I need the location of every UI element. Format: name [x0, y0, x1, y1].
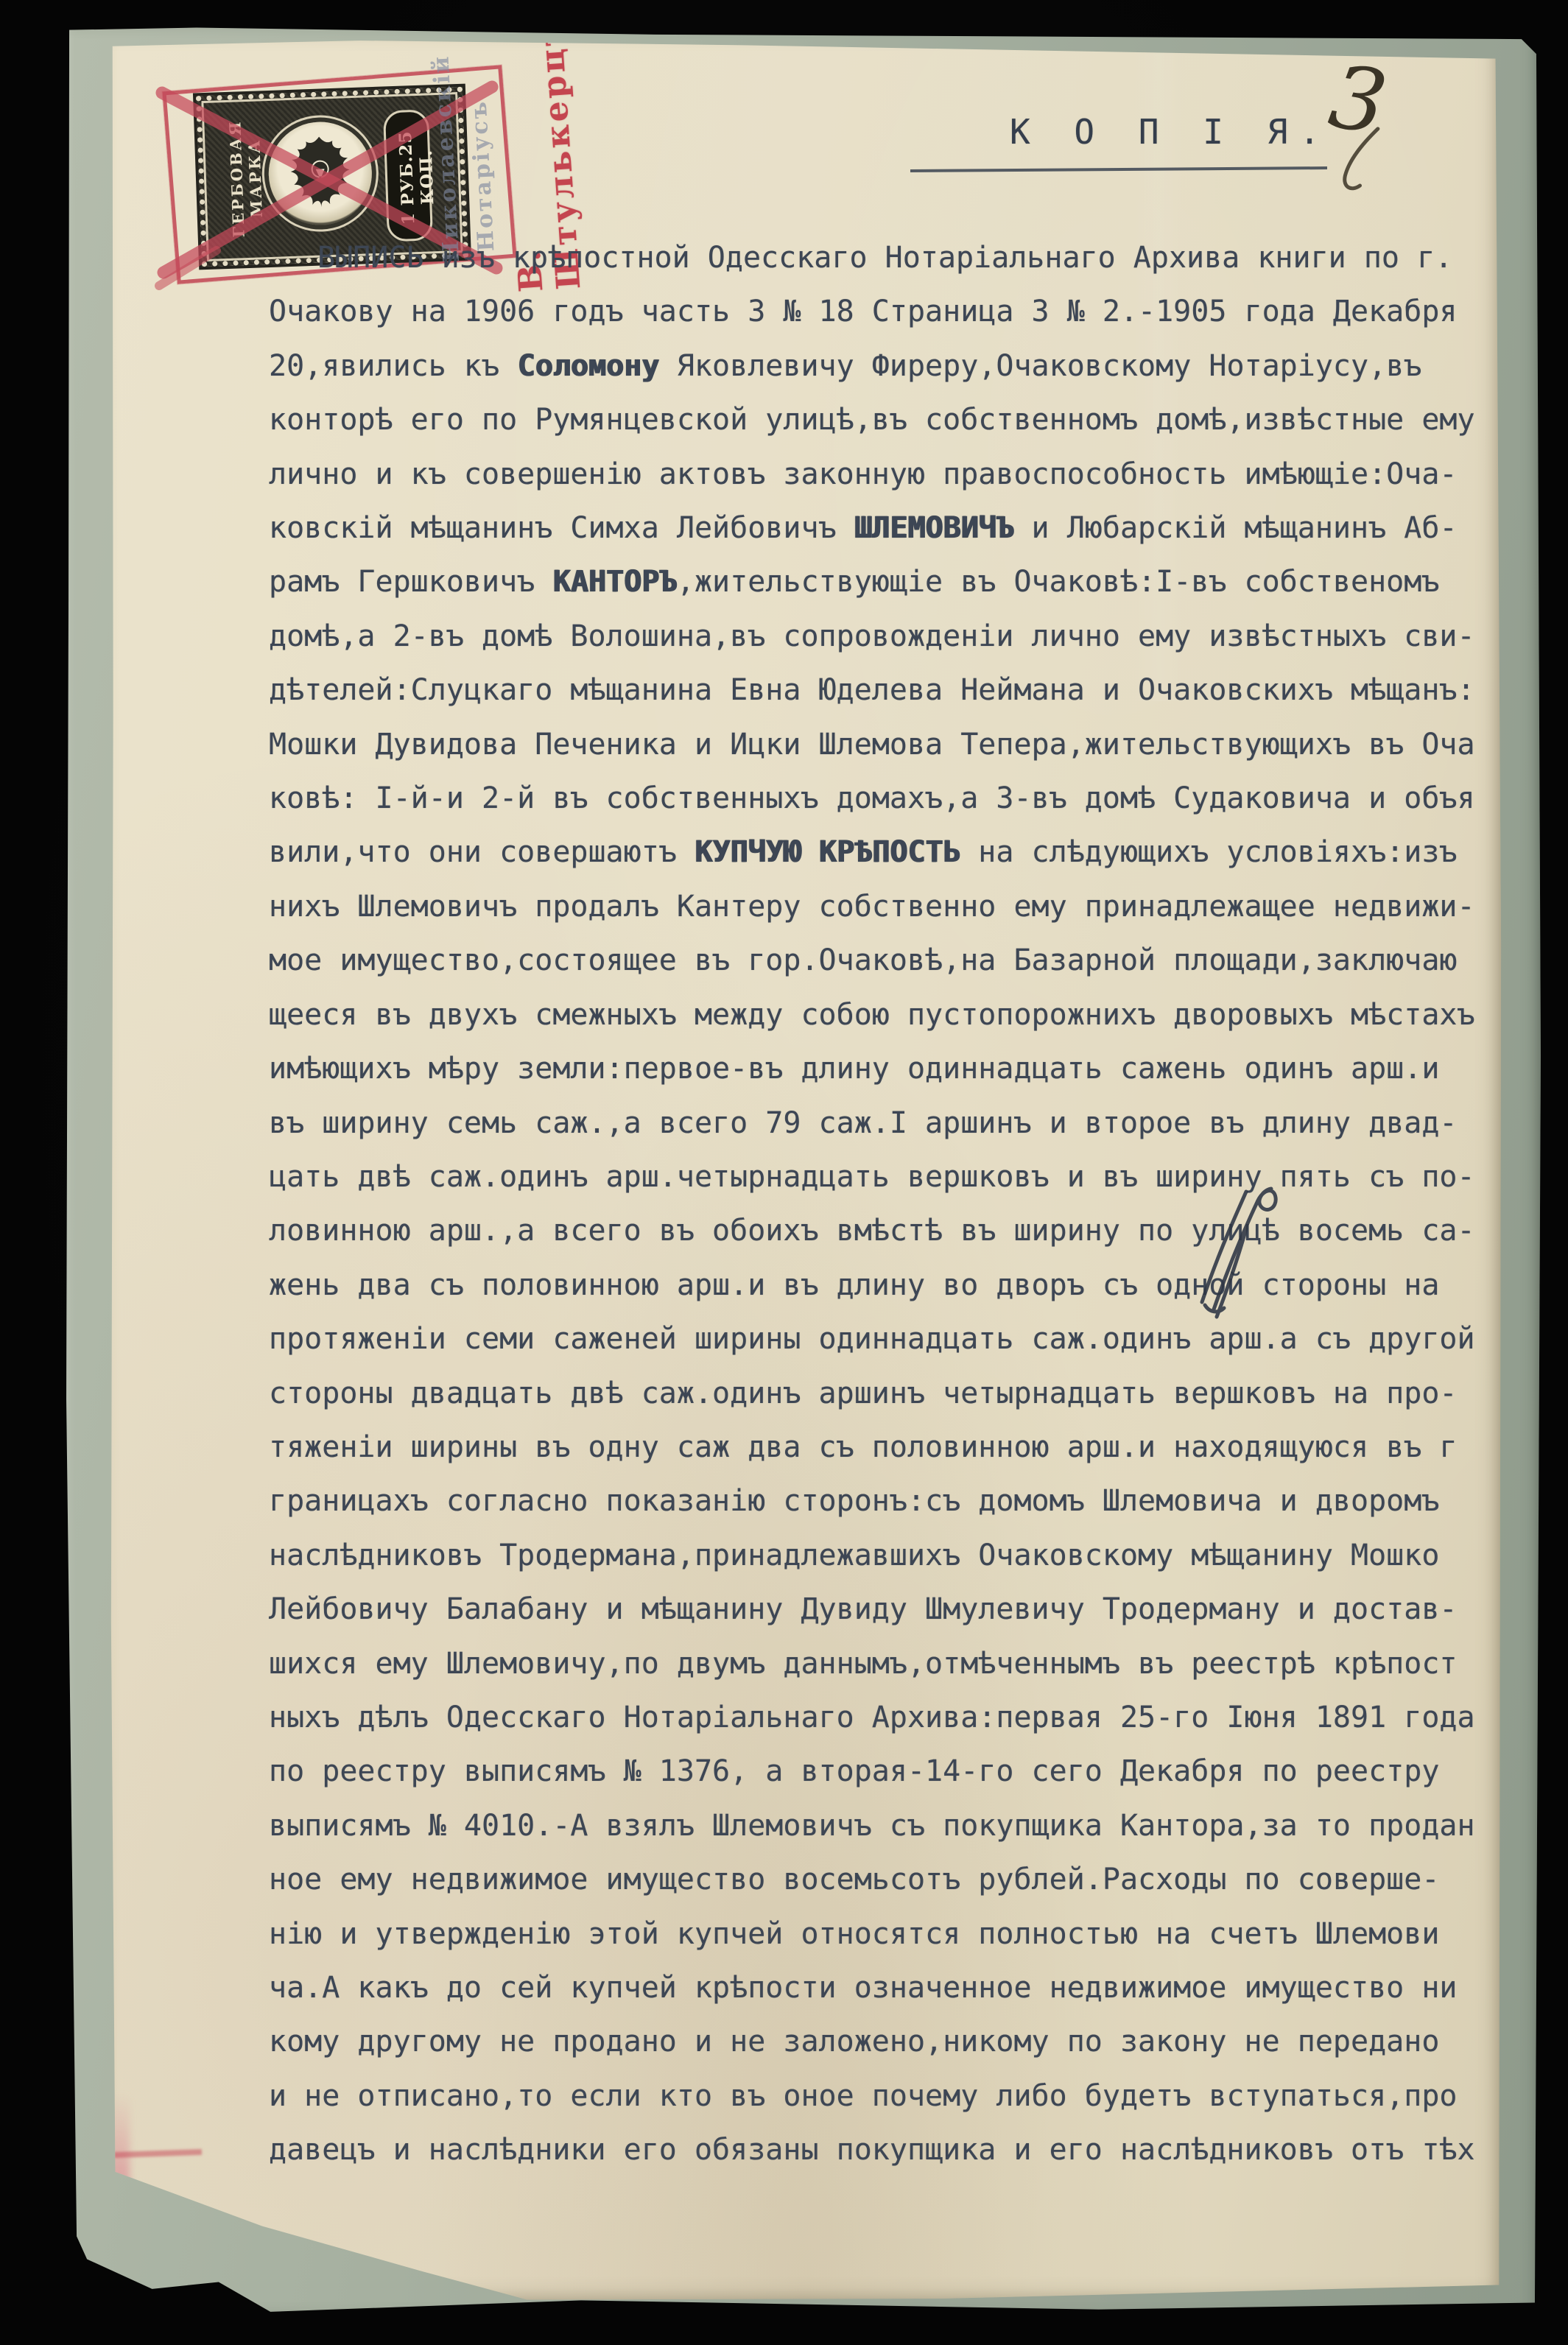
text-line: нихъ Шлемовичъ продалъ Кантеру собственн… [269, 880, 1497, 934]
text-line: стороны двадцать двѣ саж.одинъ аршинъ че… [269, 1367, 1497, 1421]
text-line: рамъ Гершковичъ КАНТОРЪ,жительствующіе в… [269, 555, 1497, 609]
text-line: и не отписано,то если кто въ оное почему… [269, 2070, 1497, 2123]
text-line: мое имущество,состоящее въ гор.Очаковѣ,н… [269, 934, 1497, 988]
text-line: ныхъ дѣлъ Одесскаго Нотаріальнаго Архива… [269, 1691, 1497, 1745]
text-line: ковскій мѣщанинъ Симха Лейбовичъ ШЛЕМОВИ… [269, 502, 1497, 555]
text-line: нію и утвержденію этой купчей относятся … [269, 1908, 1497, 1961]
text-line: домѣ,а 2-въ домѣ Волошина,въ сопровожден… [269, 610, 1497, 664]
text-line: наслѣдниковъ Тродермана,принадлежавшихъ … [269, 1529, 1497, 1583]
text-line: щееся въ двухъ смежныхъ между собою пуст… [269, 988, 1497, 1042]
text-line: по реестру выписямъ № 1376, а вторая-14-… [269, 1745, 1497, 1799]
text-line: ча.А какъ до сей купчей крѣпости означен… [269, 1961, 1497, 2015]
text-line: конторѣ его по Румянцевской улицѣ,въ соб… [269, 393, 1497, 447]
photo-background: ГЕРБОВАЯ МАРКА 1 РУБ.25 КОП. [0, 0, 1568, 2345]
document-page: ГЕРБОВАЯ МАРКА 1 РУБ.25 КОП. [109, 38, 1502, 2301]
text-line: давецъ и наслѣдники его обязаны покупщик… [269, 2123, 1497, 2177]
copy-heading: К О П І Я. [978, 112, 1332, 152]
text-line: вили,что они совершаютъ КУПЧУЮ КРѢПОСТЬ … [269, 826, 1497, 879]
ink-scribble [1175, 1158, 1367, 1349]
text-line: Лейбовичу Балабану и мѣщанину Дувиду Шму… [269, 1583, 1497, 1636]
text-line: выписямъ № 4010.-А взялъ Шлемовичъ съ по… [269, 1799, 1497, 1853]
overprint-line2: Нотаріусъ [466, 104, 499, 253]
text-line: шихся ему Шлемовичу,по двумъ даннымъ,отм… [269, 1637, 1497, 1691]
copy-heading-underline [910, 166, 1327, 172]
text-line: въ ширину семь саж.,а всего 79 саж.I арш… [269, 1097, 1497, 1150]
text-line: ковѣ: I-й-и 2-й въ собственныхъ домахъ,а… [269, 772, 1497, 826]
text-line: дѣтелей:Слуцкаго мѣщанина Евна Юделева Н… [269, 664, 1497, 717]
text-line: тяженіи ширины въ одну саж два съ полови… [269, 1421, 1497, 1474]
text-line: имѣющихъ мѣру земли:первое-въ длину один… [269, 1042, 1497, 1096]
text-line: лично и къ совершенію актовъ законную пр… [269, 448, 1497, 502]
text-line: границахъ согласно показанію сторонъ:съ … [269, 1474, 1497, 1528]
text-line: ное ему недвижимое имущество восемьсотъ … [269, 1853, 1497, 1907]
text-line: ВЫПИСЬ изъ крѣпостной Одесскаго Нотаріал… [269, 231, 1497, 285]
pen-flourish-icon [1309, 116, 1410, 209]
text-line: Очакову на 1906 годъ часть 3 № 18 Страни… [269, 285, 1497, 339]
text-line: 20,явились къ Соломону Яковлевичу Фиреру… [269, 340, 1497, 393]
text-line: кому другому не продано и не заложено,ни… [269, 2015, 1497, 2069]
handwritten-page-number: 3 [1315, 52, 1432, 213]
text-line: Мошки Дувидова Печеника и Ицки Шлемова Т… [269, 718, 1497, 772]
